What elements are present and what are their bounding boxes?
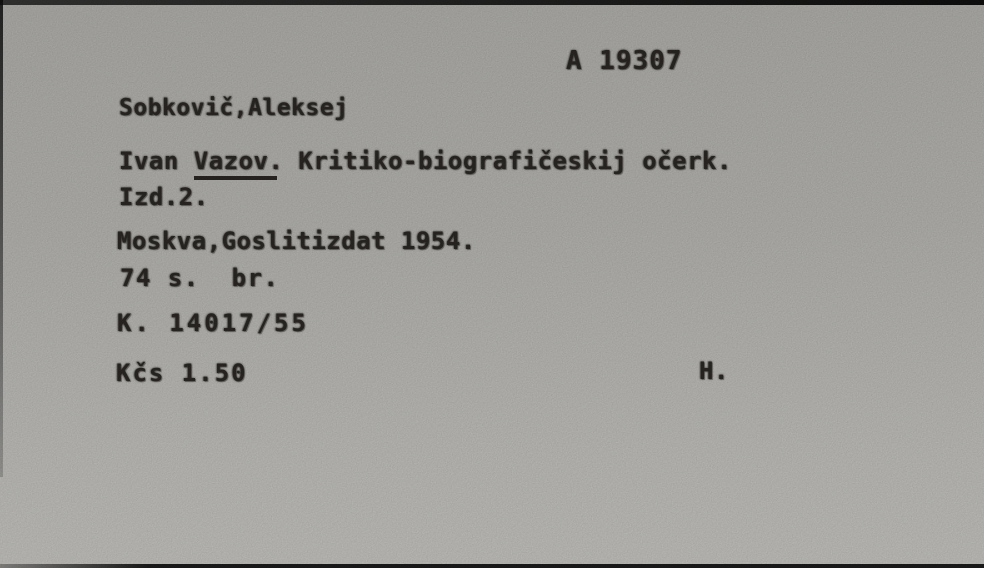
collation-line: 74 s. br. [120,266,280,290]
imprint-line: Moskva,Goslitizdat 1954. [117,229,476,253]
title-line: Ivan Vazov. Kritiko-biografičeskij očerk… [119,149,732,173]
scan-edge-bottom [0,564,984,568]
edition-statement: Izd.2. [119,185,209,209]
catalog-card-scan: A 19307 Sobkovič,Aleksej Ivan Vazov. Kri… [0,0,984,568]
title-text-before: Ivan [119,147,194,175]
title-text-after: . Kritiko-biografičeskij očerk. [269,147,732,175]
title-underlined-word: Vazov [194,149,277,180]
author-heading: Sobkovič,Aleksej [119,97,349,120]
scan-edge-top [0,0,984,5]
letter-mark: H. [699,359,729,383]
accession-number: K. 14017/55 [117,311,309,335]
price-note: Kčs 1.50 [116,361,248,385]
call-number: A 19307 [566,48,683,74]
scan-edge-left [0,0,3,477]
